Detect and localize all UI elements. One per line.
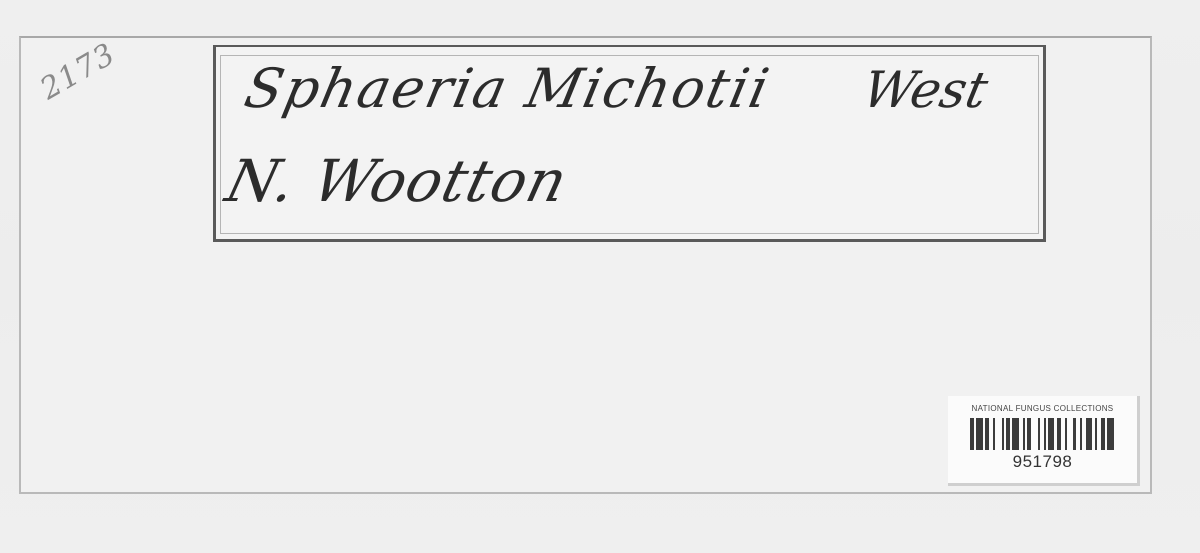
barcode-icon	[970, 418, 1116, 450]
handwritten-label: Sphaeria Michotii West N. Wootton	[213, 45, 1046, 242]
barcode-gap	[1114, 418, 1116, 450]
barcode-institution-text: NATIONAL FUNGUS COLLECTIONS	[948, 404, 1137, 413]
barcode-number: 951798	[948, 452, 1137, 472]
collector-name: N. Wootton	[220, 147, 575, 215]
species-authority: West	[858, 61, 993, 119]
barcode-label: NATIONAL FUNGUS COLLECTIONS 951798	[948, 396, 1140, 486]
specimen-sheet: 2173 Sphaeria Michotii West N. Wootton N…	[0, 0, 1200, 553]
species-name: Sphaeria Michotii	[239, 57, 776, 120]
